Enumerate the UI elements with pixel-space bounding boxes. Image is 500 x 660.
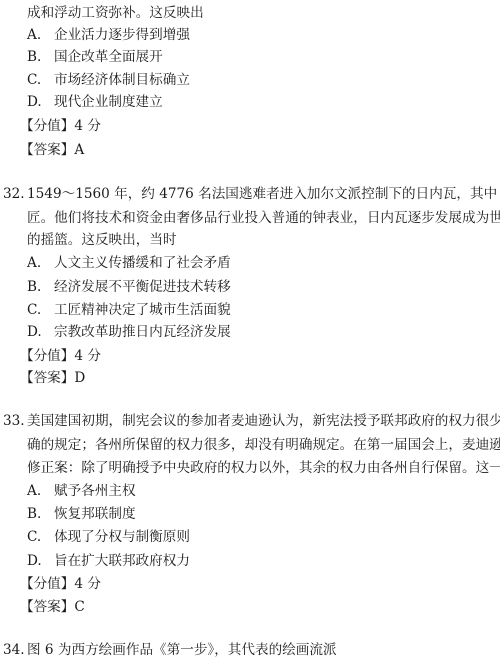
option-text: 企业活力逐步得到增强 bbox=[54, 27, 190, 43]
q32-answer: 【答案】D bbox=[20, 369, 85, 387]
option-text: 旨在扩大联邦政府权力 bbox=[54, 553, 190, 569]
option-text: 赋予各州主权 bbox=[54, 483, 136, 499]
q31-option-d: D.现代企业制度建立 bbox=[27, 93, 163, 111]
q33-number: 33. bbox=[3, 412, 25, 430]
option-text: 体现了分权与制衡原则 bbox=[54, 529, 190, 545]
q31-answer: 【答案】A bbox=[20, 141, 84, 159]
q32-number: 32. bbox=[3, 185, 25, 203]
q33-stem-line-2: 确的规定；各州所保留的权力很多，却没有明确规定。在第一届国会上，麦迪逊提出宪法 bbox=[27, 436, 500, 454]
option-label: D. bbox=[27, 552, 54, 570]
option-label: D. bbox=[27, 93, 54, 111]
q34-number: 34. bbox=[3, 641, 25, 659]
option-label: B. bbox=[27, 505, 54, 523]
q32-option-c: C.工匠精神决定了城市生活面貌 bbox=[27, 301, 231, 319]
q34-stem: 图 6 为西方绘画作品《第一步》，其代表的绘画流派 bbox=[27, 641, 337, 659]
q33-option-c: C.体现了分权与制衡原则 bbox=[27, 528, 190, 546]
q31-stem-tail: 成和浮动工资弥补。这反映出 bbox=[27, 4, 204, 22]
option-text: 恢复邦联制度 bbox=[54, 506, 136, 522]
q33-option-a: A.赋予各州主权 bbox=[27, 482, 136, 500]
q31-option-a: A.企业活力逐步得到增强 bbox=[27, 26, 190, 44]
q31-score: 【分值】4 分 bbox=[20, 117, 101, 135]
option-text: 宗教改革助推日内瓦经济发展 bbox=[54, 324, 231, 340]
option-text: 工匠精神决定了城市生活面貌 bbox=[54, 302, 231, 318]
option-label: A. bbox=[27, 26, 54, 44]
option-label: B. bbox=[27, 278, 54, 296]
option-label: D. bbox=[27, 323, 54, 341]
option-label: C. bbox=[27, 71, 54, 89]
option-text: 国企改革全面展开 bbox=[54, 49, 163, 65]
option-text: 人文主义传播缓和了社会矛盾 bbox=[54, 255, 231, 271]
option-label: A. bbox=[27, 482, 54, 500]
q32-stem-line-3: 的摇篮。这反映出，当时 bbox=[27, 231, 177, 249]
q33-stem-line-1: 美国建国初期，制宪会议的参加者麦迪逊认为，新宪法授予联邦政府的权力很少，并有明 bbox=[27, 412, 500, 430]
option-label: B. bbox=[27, 48, 54, 66]
option-text: 经济发展不平衡促进技术转移 bbox=[54, 279, 231, 295]
q33-score: 【分值】4 分 bbox=[20, 575, 101, 593]
q32-option-b: B.经济发展不平衡促进技术转移 bbox=[27, 278, 231, 296]
q32-stem-line-2: 匠。他们将技术和资金由奢侈品行业投入普通的钟表业，日内瓦逐步发展成为世界钟表业 bbox=[27, 209, 500, 227]
option-label: C. bbox=[27, 528, 54, 546]
q32-option-a: A.人文主义传播缓和了社会矛盾 bbox=[27, 254, 231, 272]
q33-option-b: B.恢复邦联制度 bbox=[27, 505, 136, 523]
option-text: 市场经济体制目标确立 bbox=[54, 72, 190, 88]
option-label: A. bbox=[27, 254, 54, 272]
q33-answer: 【答案】C bbox=[20, 598, 85, 616]
option-text: 现代企业制度建立 bbox=[54, 94, 163, 110]
q32-score: 【分值】4 分 bbox=[20, 347, 101, 365]
option-label: C. bbox=[27, 301, 54, 319]
q31-option-b: B.国企改革全面展开 bbox=[27, 48, 163, 66]
q32-option-d: D.宗教改革助推日内瓦经济发展 bbox=[27, 323, 231, 341]
q33-option-d: D.旨在扩大联邦政府权力 bbox=[27, 552, 190, 570]
q32-stem-line-1: 1549～1560 年，约 4776 名法国逃难者进入加尔文派控制下的日内瓦，其… bbox=[27, 185, 500, 203]
q33-stem-line-3: 修正案：除了明确授予中央政府的权力以外，其余的权力由各州自行保留。这一主张 bbox=[27, 459, 500, 477]
q31-option-c: C.市场经济体制目标确立 bbox=[27, 71, 190, 89]
